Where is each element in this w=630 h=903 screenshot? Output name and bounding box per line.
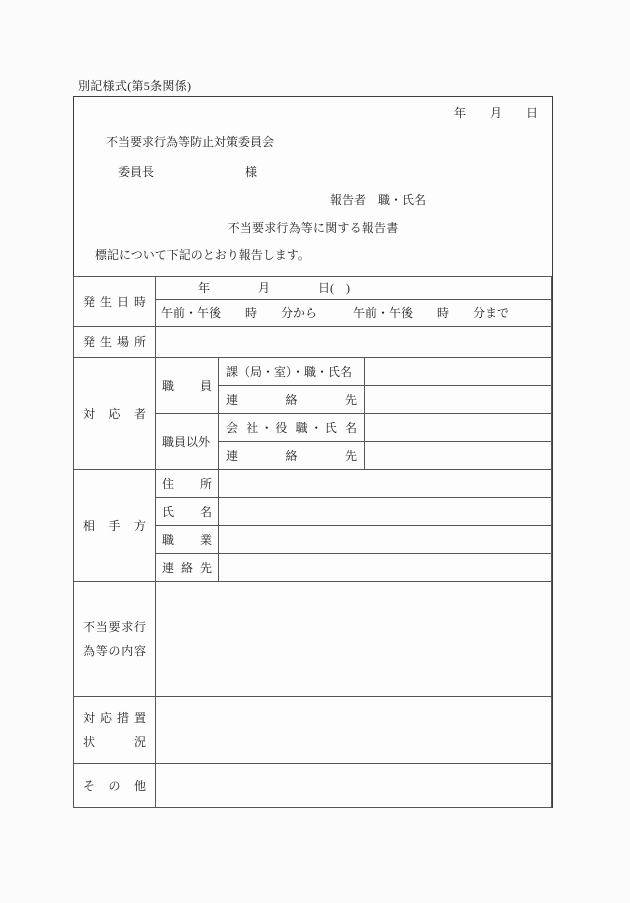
opponent-occupation-field (219, 526, 552, 554)
chairman-line: 委員長様 (118, 163, 257, 181)
header-date-line: 年 月 日 (454, 104, 538, 122)
honorific-sama: 様 (245, 165, 257, 179)
form-header: 年 月 日 不当要求行為等防止対策委員会 委員長様 報告者 職・氏名 不当要求行… (74, 97, 552, 276)
document-page: 別記様式(第5条関係) 年 月 日 不当要求行為等防止対策委員会 委員長様 報告… (0, 0, 630, 903)
reporter-line: 報告者 職・氏名 (330, 191, 426, 209)
staff-department-field (365, 358, 552, 386)
response-measures-label-line2: 状 況 (83, 730, 146, 754)
opponent-address-field (219, 470, 552, 498)
non-staff-contact-field (365, 442, 552, 470)
chairman-label: 委員長 (118, 165, 154, 179)
occurrence-datetime-label: 発 生 日 時 (74, 277, 156, 327)
table-row: 対 応 措 置状 況 (74, 697, 552, 764)
opponent-label: 相 手 方 (74, 470, 156, 582)
table-row: 相 手 方 住 所 (74, 470, 552, 498)
non-staff-label: 職員以外 (156, 414, 219, 470)
response-measures-label: 対 応 措 置状 況 (74, 697, 156, 764)
report-table: 発 生 日 時 年 月 日( ) 午前・午後 時 分から 午前・午後 時 分まで… (73, 276, 552, 808)
staff-department-label: 課（局・室）・職・氏名 (219, 358, 365, 386)
intro-line: 標記について下記のとおり報告します。 (95, 246, 310, 264)
opponent-name-field (219, 498, 552, 526)
opponent-contact-label: 連 絡 先 (156, 554, 219, 582)
non-staff-contact-label: 連 絡 先 (219, 442, 365, 470)
opponent-name-label: 氏 名 (156, 498, 219, 526)
demand-content-label-line1: 不当要求行 (83, 615, 146, 639)
form-style-note: 別記様式(第5条関係) (78, 77, 191, 95)
table-row: 不当要求行為等の内容 (74, 582, 552, 697)
occurrence-date-field: 年 月 日( ) (156, 277, 552, 300)
demand-content-label-line2: 為等の内容 (83, 639, 146, 663)
opponent-contact-field (219, 554, 552, 582)
other-field (156, 764, 552, 808)
non-staff-company-label: 会 社・役 職・氏 名 (219, 414, 365, 442)
document-title: 不当要求行為等に関する報告書 (74, 219, 552, 237)
opponent-address-label: 住 所 (156, 470, 219, 498)
committee-name: 不当要求行為等防止対策委員会 (106, 133, 274, 151)
staff-contact-field (365, 386, 552, 414)
occurrence-time-field: 午前・午後 時 分から 午前・午後 時 分まで (156, 300, 552, 327)
staff-label: 職 員 (156, 358, 219, 414)
opponent-occupation-label: 職 業 (156, 526, 219, 554)
response-measures-field (156, 697, 552, 764)
other-label: そ の 他 (74, 764, 156, 808)
non-staff-company-field (365, 414, 552, 442)
table-row: そ の 他 (74, 764, 552, 808)
response-measures-label-line1: 対 応 措 置 (83, 706, 146, 730)
occurrence-place-label: 発 生 場 所 (74, 327, 156, 358)
responder-label: 対 応 者 (74, 358, 156, 470)
staff-contact-label: 連 絡 先 (219, 386, 365, 414)
table-row: 発 生 場 所 (74, 327, 552, 358)
table-row: 対 応 者 職 員 課（局・室）・職・氏名 (74, 358, 552, 386)
demand-content-label: 不当要求行為等の内容 (74, 582, 156, 697)
demand-content-field (156, 582, 552, 697)
table-row: 発 生 日 時 年 月 日( ) (74, 277, 552, 300)
occurrence-place-field (156, 327, 552, 358)
report-form-box: 年 月 日 不当要求行為等防止対策委員会 委員長様 報告者 職・氏名 不当要求行… (73, 96, 553, 808)
